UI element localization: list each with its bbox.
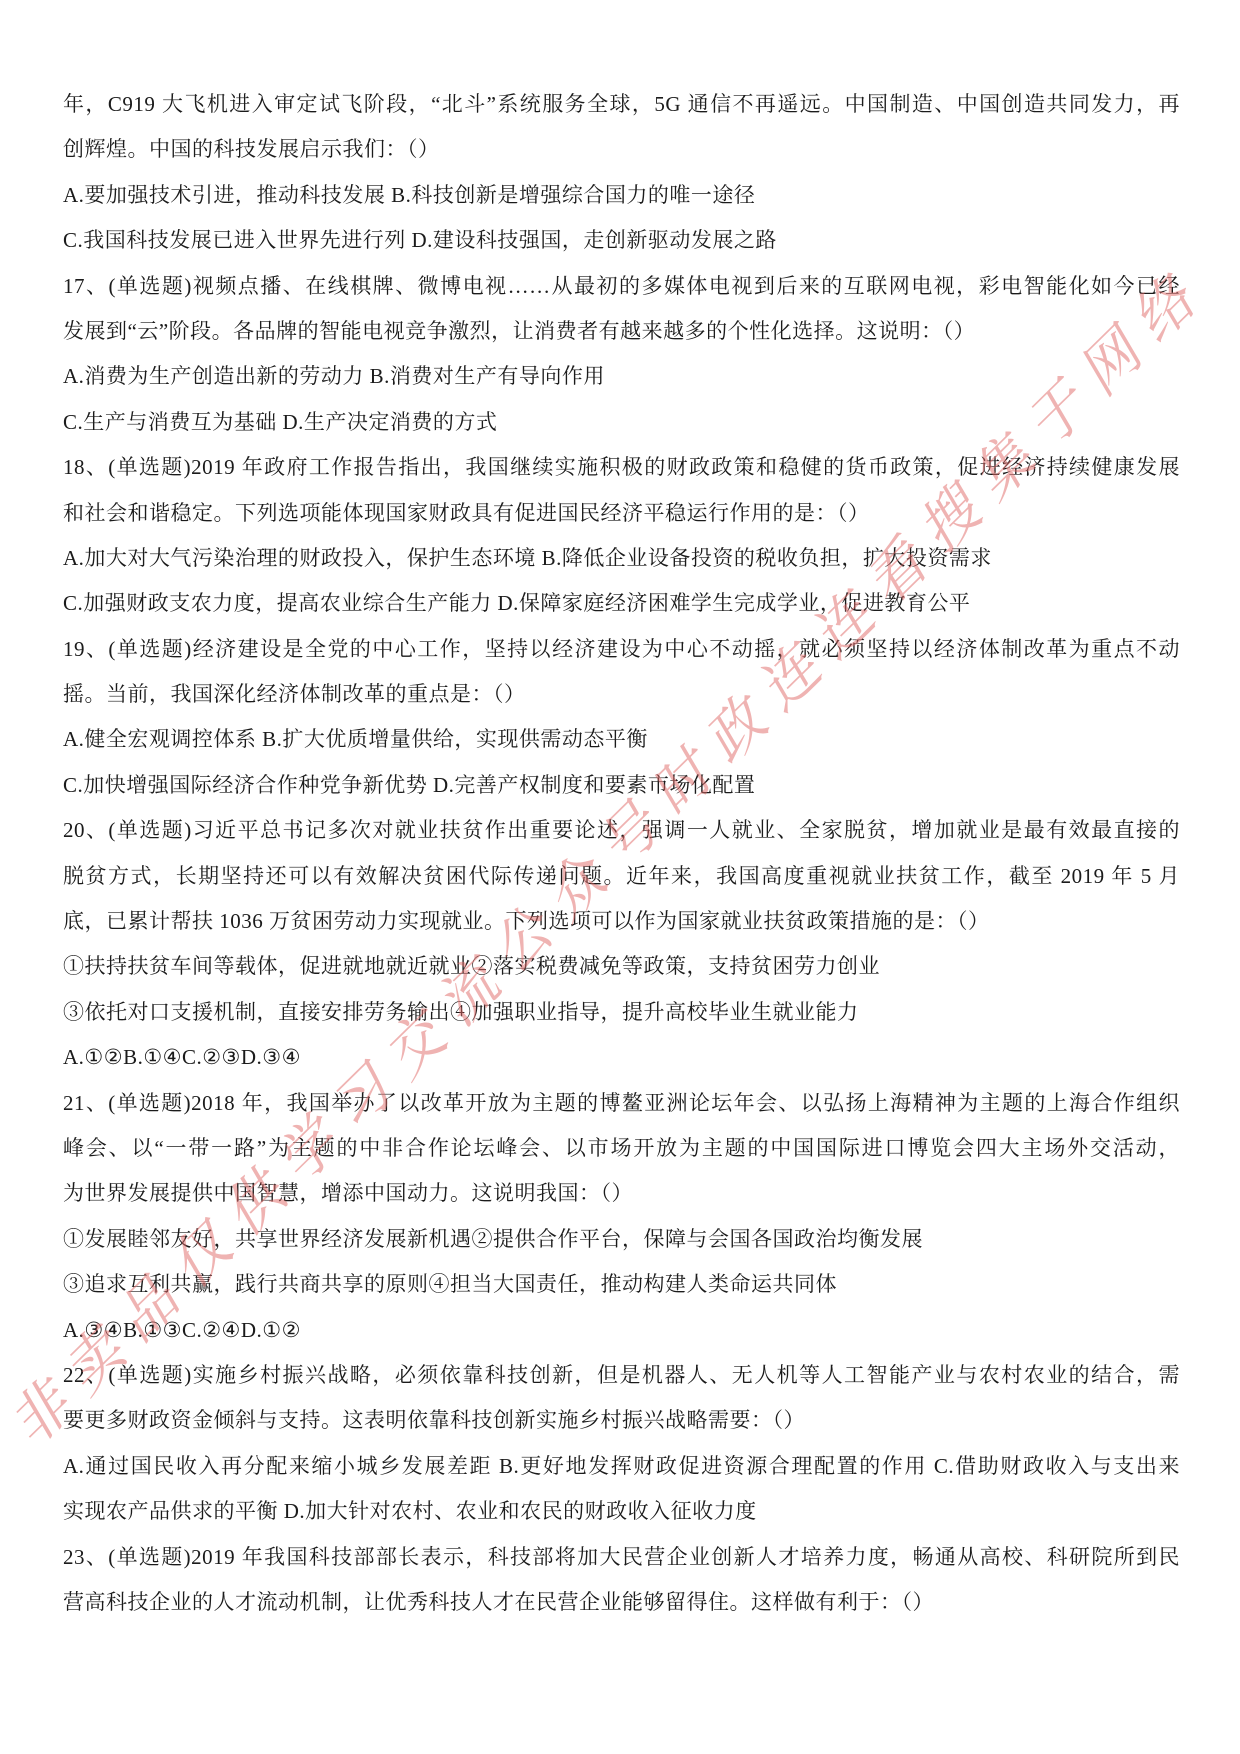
- text-line: 为世界发展提供中国智慧，增添中国动力。这说明我国：（）: [63, 1171, 1180, 1216]
- text-line: 23、(单选题)2019 年我国科技部部长表示，科技部将加大民营企业创新人才培养…: [63, 1535, 1180, 1580]
- text-line: 21、(单选题)2018 年，我国举办了以改革开放为主题的博鳌亚洲论坛年会、以弘…: [63, 1081, 1180, 1126]
- text-line: 17、(单选题)视频点播、在线棋牌、微博电视……从最初的多媒体电视到后来的互联网…: [63, 264, 1180, 309]
- text-line: C.加强财政支农力度，提高农业综合生产能力 D.保障家庭经济困难学生完成学业，促…: [63, 581, 1180, 626]
- text-line: ③依托对口支援机制，直接安排劳务输出④加强职业指导，提升高校毕业生就业能力: [63, 990, 1180, 1035]
- text-line: ③追求互利共赢，践行共商共享的原则④担当大国责任，推动构建人类命运共同体: [63, 1262, 1180, 1307]
- text-line: 实现农产品供求的平衡 D.加大针对农村、农业和农民的财政收入征收力度: [63, 1489, 1180, 1534]
- text-line: C.加快增强国际经济合作种党争新优势 D.完善产权制度和要素市场化配置: [63, 763, 1180, 808]
- text-line: 19、(单选题)经济建设是全党的中心工作，坚持以经济建设为中心不动摇，就必须坚持…: [63, 627, 1180, 672]
- text-line: 18、(单选题)2019 年政府工作报告指出，我国继续实施积极的财政政策和稳健的…: [63, 445, 1180, 490]
- text-line: 年，C919 大飞机进入审定试飞阶段，“北斗”系统服务全球，5G 通信不再遥远。…: [63, 82, 1180, 127]
- text-line: A.③④B.①③C.②④D.①②: [63, 1308, 1180, 1353]
- text-line: C.生产与消费互为基础 D.生产决定消费的方式: [63, 400, 1180, 445]
- document-body: 年，C919 大飞机进入审定试飞阶段，“北斗”系统服务全球，5G 通信不再遥远。…: [63, 82, 1180, 1625]
- text-line: 22、(单选题)实施乡村振兴战略，必须依靠科技创新，但是机器人、无人机等人工智能…: [63, 1353, 1180, 1398]
- text-line: 脱贫方式，长期坚持还可以有效解决贫困代际传递问题。近年来，我国高度重视就业扶贫工…: [63, 854, 1180, 899]
- text-line: C.我国科技发展已进入世界先进行列 D.建设科技强国，走创新驱动发展之路: [63, 218, 1180, 263]
- scanned-exam-page: 年，C919 大飞机进入审定试飞阶段，“北斗”系统服务全球，5G 通信不再遥远。…: [0, 0, 1240, 1754]
- text-line: 要更多财政资金倾斜与支持。这表明依靠科技创新实施乡村振兴战略需要：（）: [63, 1398, 1180, 1443]
- text-line: 摇。当前，我国深化经济体制改革的重点是：（）: [63, 672, 1180, 717]
- text-line: 营高科技企业的人才流动机制，让优秀科技人才在民营企业能够留得住。这样做有利于：（…: [63, 1580, 1180, 1625]
- text-line: A.通过国民收入再分配来缩小城乡发展差距 B.更好地发挥财政促进资源合理配置的作…: [63, 1444, 1180, 1489]
- text-line: ①发展睦邻友好，共享世界经济发展新机遇②提供合作平台，保障与会国各国政治均衡发展: [63, 1217, 1180, 1262]
- text-line: A.加大对大气污染治理的财政投入，保护生态环境 B.降低企业设备投资的税收负担，…: [63, 536, 1180, 581]
- text-line: 20、(单选题)习近平总书记多次对就业扶贫作出重要论述，强调一人就业、全家脱贫，…: [63, 808, 1180, 853]
- text-line: 底，已累计帮扶 1036 万贫困劳动力实现就业。下列选项可以作为国家就业扶贫政策…: [63, 899, 1180, 944]
- text-line: 和社会和谐稳定。下列选项能体现国家财政具有促进国民经济平稳运行作用的是：（）: [63, 491, 1180, 536]
- text-line: A.消费为生产创造出新的劳动力 B.消费对生产有导向作用: [63, 354, 1180, 399]
- text-line: A.要加强技术引进，推动科技发展 B.科技创新是增强综合国力的唯一途径: [63, 173, 1180, 218]
- text-line: 创辉煌。中国的科技发展启示我们：（）: [63, 127, 1180, 172]
- text-line: A.健全宏观调控体系 B.扩大优质增量供给，实现供需动态平衡: [63, 717, 1180, 762]
- text-line: 峰会、以“一带一路”为主题的中非合作论坛峰会、以市场开放为主题的中国国际进口博览…: [63, 1126, 1180, 1171]
- text-line: A.①②B.①④C.②③D.③④: [63, 1035, 1180, 1080]
- text-line: 发展到“云”阶段。各品牌的智能电视竞争激烈，让消费者有越来越多的个性化选择。这说…: [63, 309, 1180, 354]
- text-line: ①扶持扶贫车间等载体，促进就地就近就业②落实税费减免等政策，支持贫困劳力创业: [63, 944, 1180, 989]
